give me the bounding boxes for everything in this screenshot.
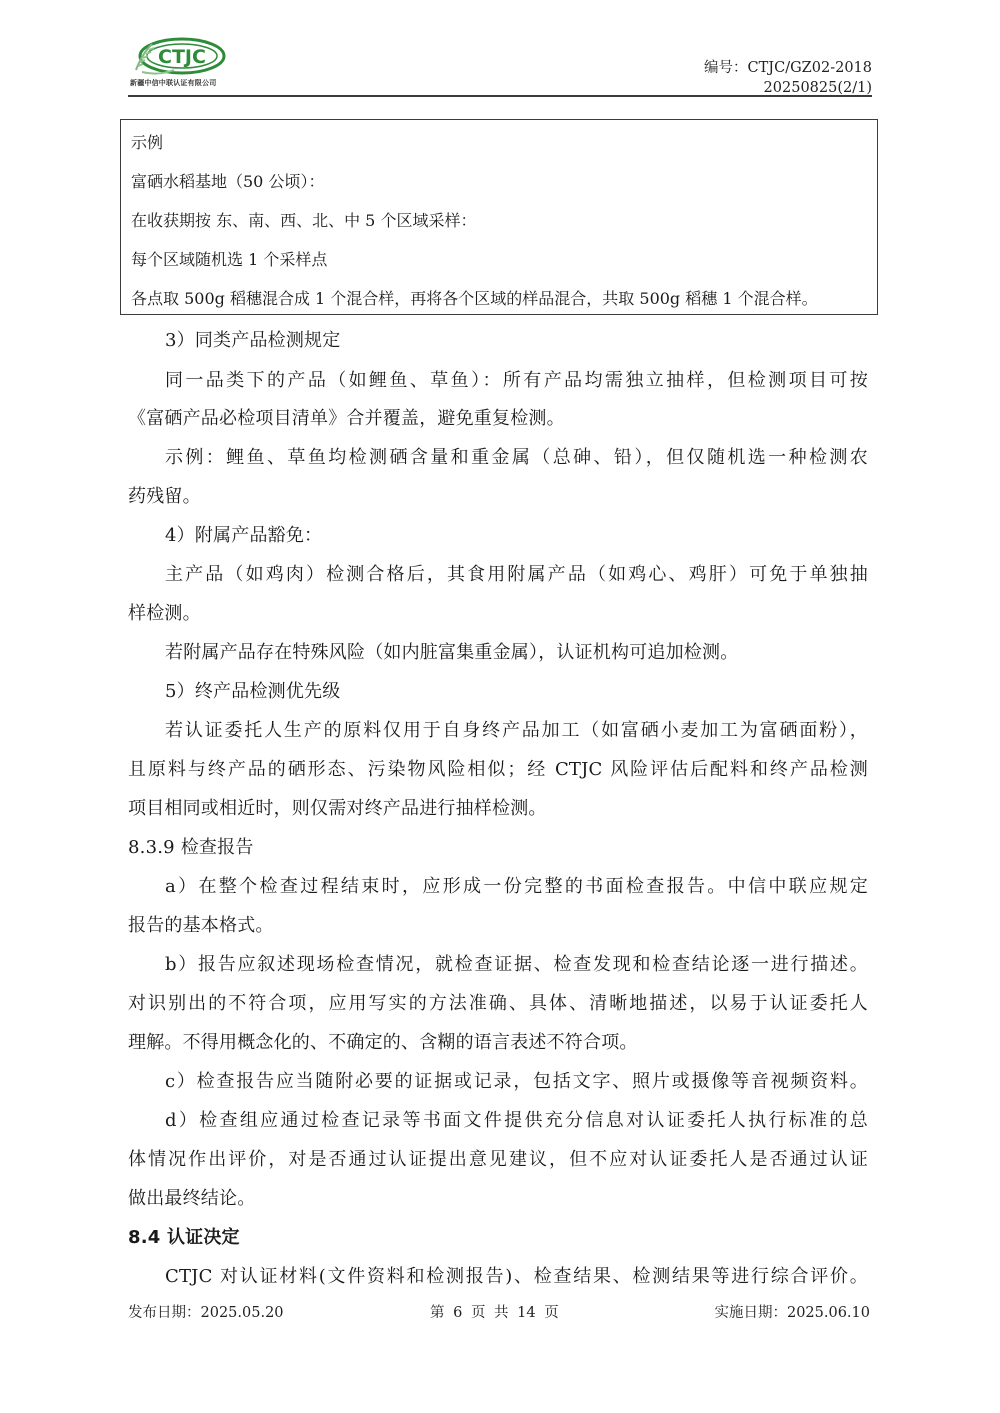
paragraph-line: 主产品（如鸡肉）检测合格后，其食用附属产品（如鸡心、鸡肝）可免于单独抽 bbox=[165, 560, 868, 586]
paragraph-line: 若认证委托人生产的原料仅用于自身终产品加工（如富硒小麦加工为富硒面粉）， bbox=[165, 716, 868, 742]
paragraph-line: 示例：鲤鱼、草鱼均检测硒含量和重金属（总砷、铅），但仅随机选一种检测农 bbox=[165, 443, 868, 469]
paragraph-line: 对识别出的不符合项，应用写实的方法准确、具体、清晰地描述，以易于认证委托人 bbox=[128, 989, 868, 1015]
paragraph-line: b）报告应叙述现场检查情况，就检查证据、检查发现和检查结论逐一进行描述。 bbox=[165, 950, 868, 976]
subsection-heading: 4）附属产品豁免： bbox=[165, 521, 322, 547]
section-heading-8-3-9: 8.3.9 检查报告 bbox=[128, 833, 254, 859]
example-line: 每个区域随机选 1 个采样点 bbox=[131, 247, 327, 270]
paragraph-line: CTJC 对认证材料(文件资料和检测报告)、检查结果、检测结果等进行综合评价。 bbox=[165, 1262, 868, 1288]
publish-date: 发布日期：2025.05.20 bbox=[128, 1301, 284, 1322]
paragraph-line: a）在整个检查过程结束时，应形成一份完整的书面检查报告。中信中联应规定 bbox=[165, 872, 868, 898]
paragraph-line: 若附属产品存在特殊风险（如内脏富集重金属），认证机构可追加检测。 bbox=[165, 638, 738, 664]
ctjc-logo-icon: CTJC bbox=[128, 36, 228, 80]
paragraph-line: 样检测。 bbox=[128, 599, 201, 625]
paragraph-line: c）检查报告应当随附必要的证据或记录，包括文字、照片或摄像等音视频资料。 bbox=[165, 1067, 868, 1093]
paragraph-line: 同一品类下的产品（如鲤鱼、草鱼）：所有产品均需独立抽样，但检测项目可按 bbox=[165, 366, 868, 392]
header-divider bbox=[128, 95, 872, 97]
subsection-heading: 5）终产品检测优先级 bbox=[165, 677, 340, 703]
paragraph-line: 药残留。 bbox=[128, 482, 201, 508]
paragraph-line: d）检查组应通过检查记录等书面文件提供充分信息对认证委托人执行标准的总 bbox=[165, 1106, 868, 1132]
section-heading-8-4: 8.4 认证决定 bbox=[128, 1223, 240, 1249]
paragraph-line: 项目相同或相近时，则仅需对终产品进行抽样检测。 bbox=[128, 794, 547, 820]
effective-date: 实施日期：2025.06.10 bbox=[714, 1301, 870, 1322]
example-box: 示例 富硒水稻基地（50 公顷）： 在收获期按 东、南、西、北、中 5 个区域采… bbox=[120, 119, 878, 315]
company-name: 新疆中信中联认证有限公司 bbox=[130, 78, 216, 88]
document-code: 编号：CTJC/GZ02-2018 bbox=[704, 58, 872, 78]
example-line: 在收获期按 东、南、西、北、中 5 个区域采样： bbox=[131, 208, 476, 231]
example-line: 各点取 500g 稻穗混合成 1 个混合样，再将各个区域的样品混合，共取 500… bbox=[131, 286, 818, 309]
example-title: 示例 bbox=[131, 130, 163, 153]
paragraph-line: 体情况作出评价，对是否通过认证提出意见建议，但不应对认证委托人是否通过认证 bbox=[128, 1145, 868, 1171]
paragraph-line: 《富硒产品必检项目清单》合并覆盖，避免重复检测。 bbox=[128, 404, 565, 430]
paragraph-line: 报告的基本格式。 bbox=[128, 911, 274, 937]
page-number: 第 6 页 共 14 页 bbox=[430, 1301, 559, 1322]
example-line: 富硒水稻基地（50 公顷）： bbox=[131, 169, 324, 192]
document-code-block: 编号：CTJC/GZ02-2018 20250825(2/1) bbox=[704, 58, 872, 98]
paragraph-line: 且原料与终产品的硒形态、污染物风险相似；经 CTJC 风险评估后配料和终产品检测 bbox=[128, 755, 868, 781]
document-page: CTJC 新疆中信中联认证有限公司 编号：CTJC/GZ02-2018 2025… bbox=[0, 0, 1000, 1413]
paragraph-line: 理解。不得用概念化的、不确定的、含糊的语言表述不符合项。 bbox=[128, 1028, 638, 1054]
subsection-heading: 3）同类产品检测规定 bbox=[165, 326, 340, 352]
svg-text:CTJC: CTJC bbox=[158, 46, 206, 68]
paragraph-line: 做出最终结论。 bbox=[128, 1184, 255, 1210]
